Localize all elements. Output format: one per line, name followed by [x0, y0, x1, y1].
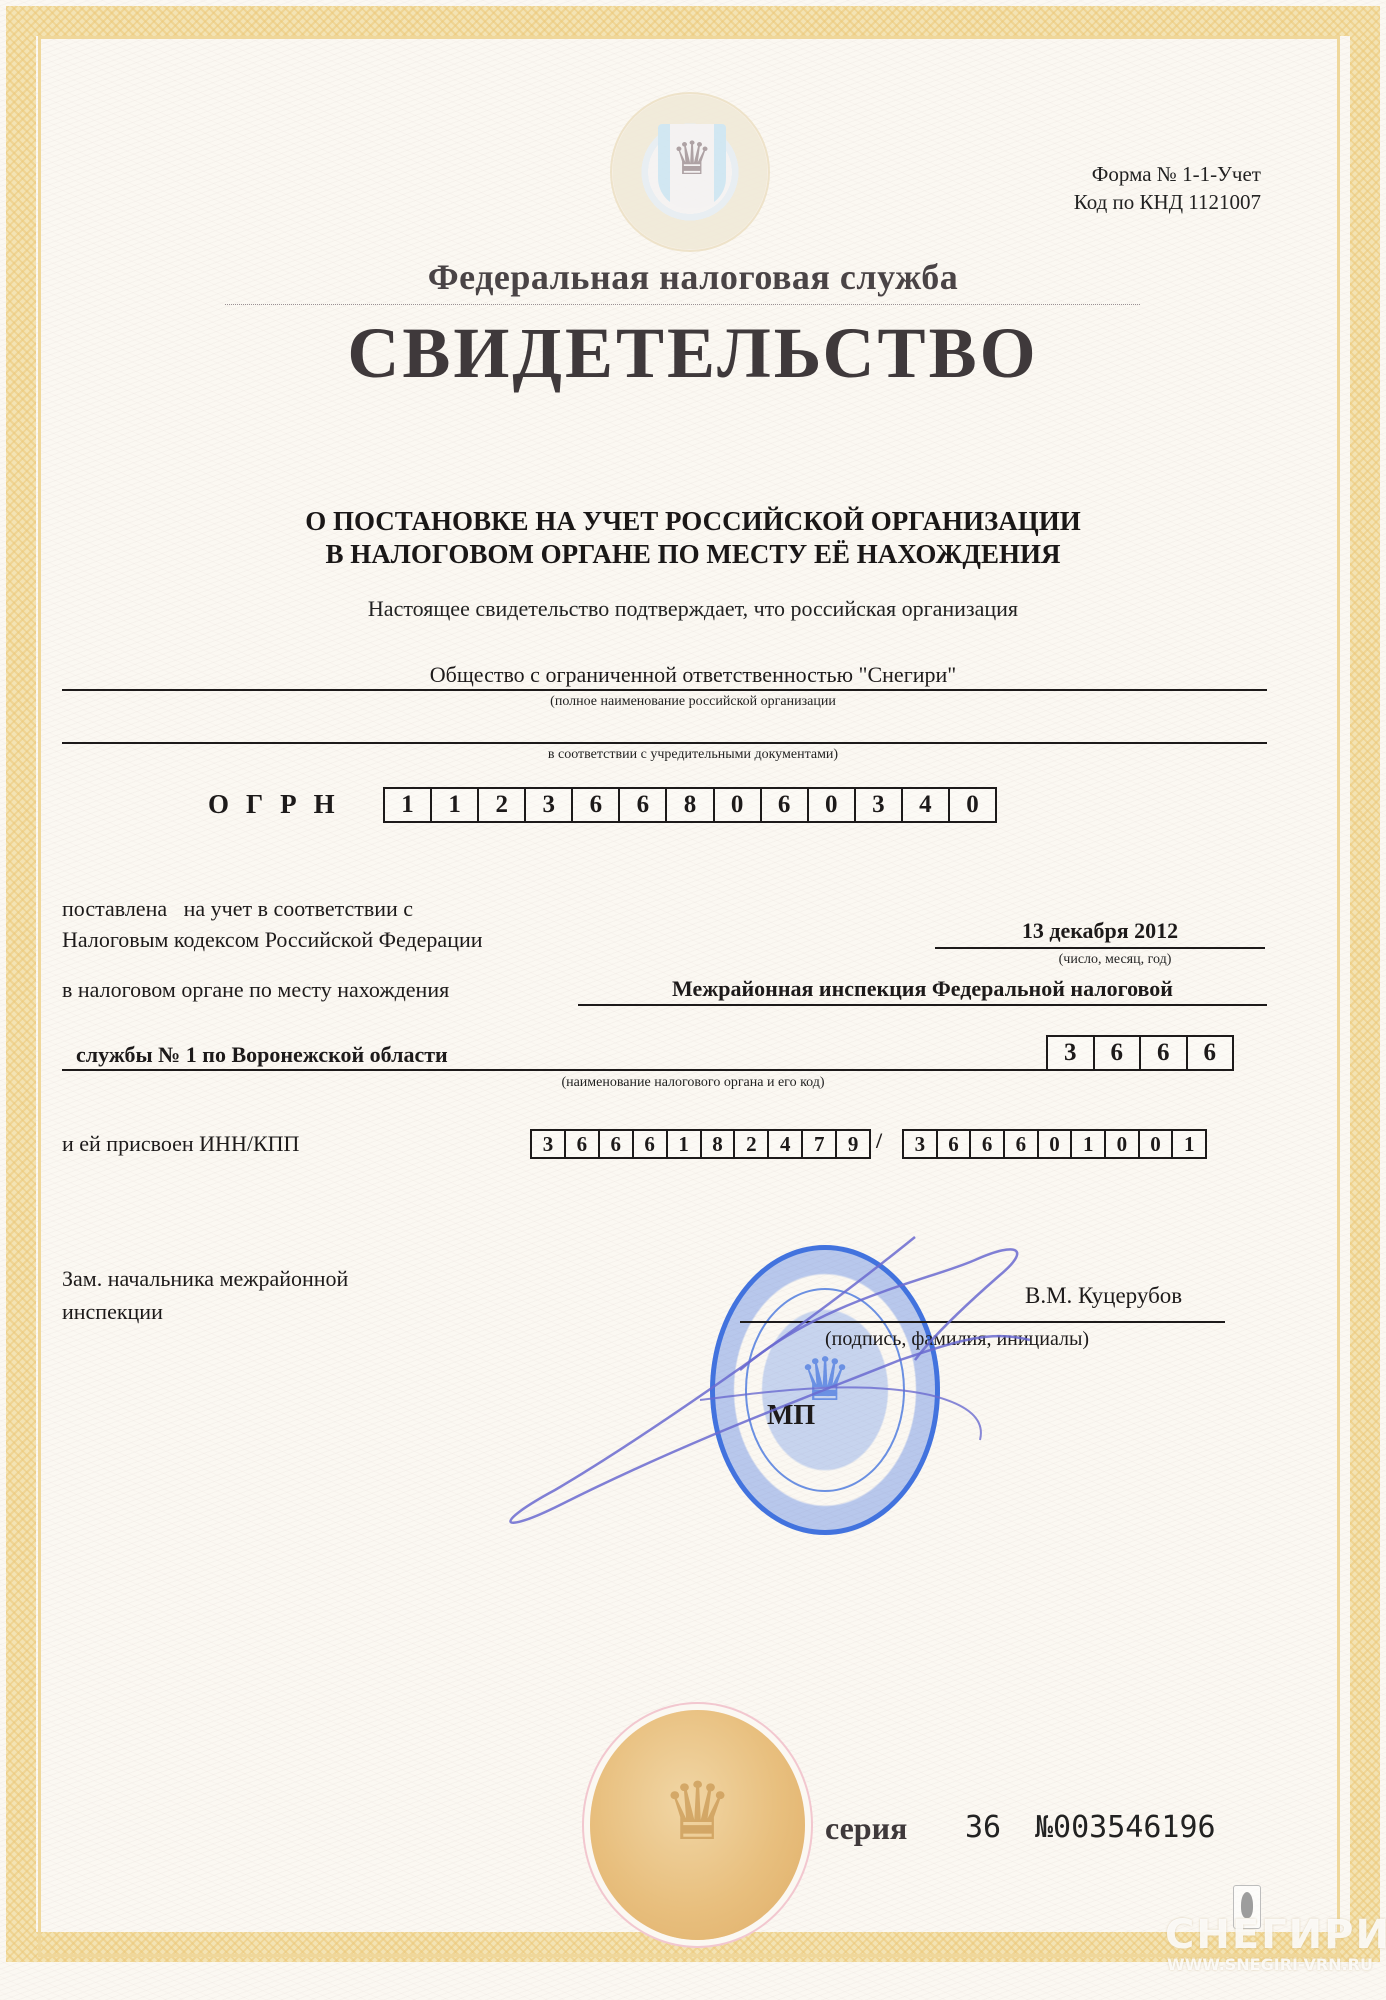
- kpp-digit: 6: [936, 1131, 970, 1157]
- kpp-digit: 6: [969, 1131, 1003, 1157]
- authority-code-boxes: 3666: [1046, 1035, 1234, 1071]
- document-subtitle: О ПОСТАНОВКЕ НА УЧЕТ РОССИЙСКОЙ ОРГАНИЗА…: [0, 505, 1386, 571]
- agency-name: Федеральная налоговая служба: [0, 256, 1386, 298]
- authority-name-line-2: службы № 1 по Воронежской области: [76, 1042, 448, 1068]
- ogrn-digit: 0: [713, 789, 760, 821]
- kpp-digit: 0: [1104, 1131, 1138, 1157]
- registration-line-2: Налоговым кодексом Российской Федерации: [62, 924, 483, 955]
- ogrn-digit: 3: [524, 789, 571, 821]
- inn-kpp-separator: /: [876, 1128, 882, 1154]
- signatory-name: В.М. Куцерубов: [1025, 1280, 1182, 1311]
- organization-name: Общество с ограниченной ответственностью…: [0, 662, 1386, 688]
- inn-kpp-label: и ей присвоен ИНН/КПП: [62, 1128, 299, 1159]
- inn-digit: 4: [767, 1131, 801, 1157]
- kpp-digit: 3: [904, 1131, 936, 1157]
- org-name-line-1: [62, 689, 1267, 691]
- embossed-gold-seal-icon: ♛: [590, 1710, 805, 1940]
- watermark: СНЕГИРИ WWW.SNEGIRI-VRN.RU: [1165, 1915, 1375, 1974]
- form-number: Форма № 1-1-Учет: [1074, 160, 1261, 188]
- org-name-caption-2: в соответствии с учредительными документ…: [0, 747, 1386, 763]
- ogrn-digit: 0: [948, 789, 995, 821]
- authority-code-digit: 6: [1139, 1037, 1186, 1069]
- ogrn-digit: 1: [430, 789, 477, 821]
- inn-digit: 7: [801, 1131, 835, 1157]
- watermark-url: WWW.SNEGIRI-VRN.RU: [1165, 1955, 1375, 1974]
- watermark-brand: СНЕГИРИ: [1165, 1915, 1375, 1955]
- authority-line-1: [578, 1004, 1267, 1006]
- ogrn-digit: 8: [665, 789, 712, 821]
- kpp-digit-boxes: 366601001: [902, 1129, 1207, 1159]
- ogrn-digit: 2: [477, 789, 524, 821]
- authority-caption: (наименование налогового органа и его ко…: [0, 1075, 1386, 1091]
- position-line-2: инспекции: [62, 1295, 348, 1328]
- position-line-1: Зам. начальника межрайонной: [62, 1262, 348, 1295]
- inn-digit: 6: [598, 1131, 632, 1157]
- registration-text: поставлена на учет в соответствии с Нало…: [62, 893, 483, 955]
- document-title: СВИДЕТЕЛЬСТВО: [0, 312, 1386, 395]
- date-line: [935, 947, 1265, 949]
- authority-code-digit: 6: [1186, 1037, 1233, 1069]
- agency-divider: [225, 304, 1140, 305]
- signature-caption: (подпись, фамилия, инициалы): [825, 1328, 1089, 1351]
- inn-digit-boxes: 3666182479: [530, 1129, 871, 1159]
- ogrn-digit: 4: [901, 789, 948, 821]
- certificate-number: №003546196: [1035, 1810, 1216, 1845]
- seal-place-label: МП: [767, 1400, 815, 1432]
- stamp-eagle-icon: ♛: [715, 1345, 935, 1415]
- ogrn-digit: 0: [807, 789, 854, 821]
- series-label: серия: [825, 1810, 907, 1847]
- authority-code-digit: 3: [1048, 1037, 1093, 1069]
- kpp-digit: 1: [1070, 1131, 1104, 1157]
- subtitle-line-2: В НАЛОГОВОМ ОРГАНЕ ПО МЕСТУ ЕЁ НАХОЖДЕНИ…: [0, 538, 1386, 571]
- form-info: Форма № 1-1-Учет Код по КНД 1121007: [1074, 160, 1261, 216]
- kpp-digit: 1: [1171, 1131, 1205, 1157]
- inn-digit: 6: [632, 1131, 666, 1157]
- seal-eagle-icon: ♛: [590, 1765, 805, 1859]
- kpp-digit: 0: [1138, 1131, 1172, 1157]
- authority-name-line-1: Межрайонная инспекция Федеральной налого…: [580, 976, 1265, 1002]
- org-name-line-2: [62, 742, 1267, 744]
- inn-digit: 8: [700, 1131, 734, 1157]
- knd-code: Код по КНД 1121007: [1074, 188, 1261, 216]
- ogrn-digit: 3: [854, 789, 901, 821]
- ogrn-digit: 6: [760, 789, 807, 821]
- ogrn-label: ОГРН: [208, 789, 352, 820]
- ogrn-digit: 1: [385, 789, 430, 821]
- intro-text: Настоящее свидетельство подтверждает, чт…: [0, 596, 1386, 622]
- signatory-position: Зам. начальника межрайонной инспекции: [62, 1262, 348, 1328]
- series-number: 36: [965, 1810, 1001, 1845]
- date-caption: (число, месяц, год): [1005, 952, 1225, 968]
- inn-digit: 9: [835, 1131, 869, 1157]
- kpp-digit: 0: [1037, 1131, 1071, 1157]
- double-headed-eagle-icon: ♛: [612, 136, 772, 182]
- fns-emblem-icon: ♛: [610, 92, 770, 252]
- signature-line: [740, 1321, 1225, 1323]
- authority-label: в налоговом органе по месту нахождения: [62, 974, 449, 1005]
- inn-digit: 1: [666, 1131, 700, 1157]
- subtitle-line-1: О ПОСТАНОВКЕ НА УЧЕТ РОССИЙСКОЙ ОРГАНИЗА…: [0, 505, 1386, 538]
- kpp-digit: 6: [1003, 1131, 1037, 1157]
- ogrn-digit: 6: [618, 789, 665, 821]
- authority-code-digit: 6: [1093, 1037, 1140, 1069]
- registration-date: 13 декабря 2012: [935, 918, 1265, 944]
- inn-digit: 3: [532, 1131, 564, 1157]
- authority-line-2: [62, 1069, 1046, 1071]
- org-name-caption-1: (полное наименование российской организа…: [0, 694, 1386, 710]
- official-stamp: ♛: [710, 1245, 940, 1535]
- inn-digit: 2: [733, 1131, 767, 1157]
- ogrn-digit-boxes: 1123668060340: [383, 787, 997, 823]
- inn-digit: 6: [564, 1131, 598, 1157]
- registration-line-1: поставлена на учет в соответствии с: [62, 893, 483, 924]
- ogrn-digit: 6: [571, 789, 618, 821]
